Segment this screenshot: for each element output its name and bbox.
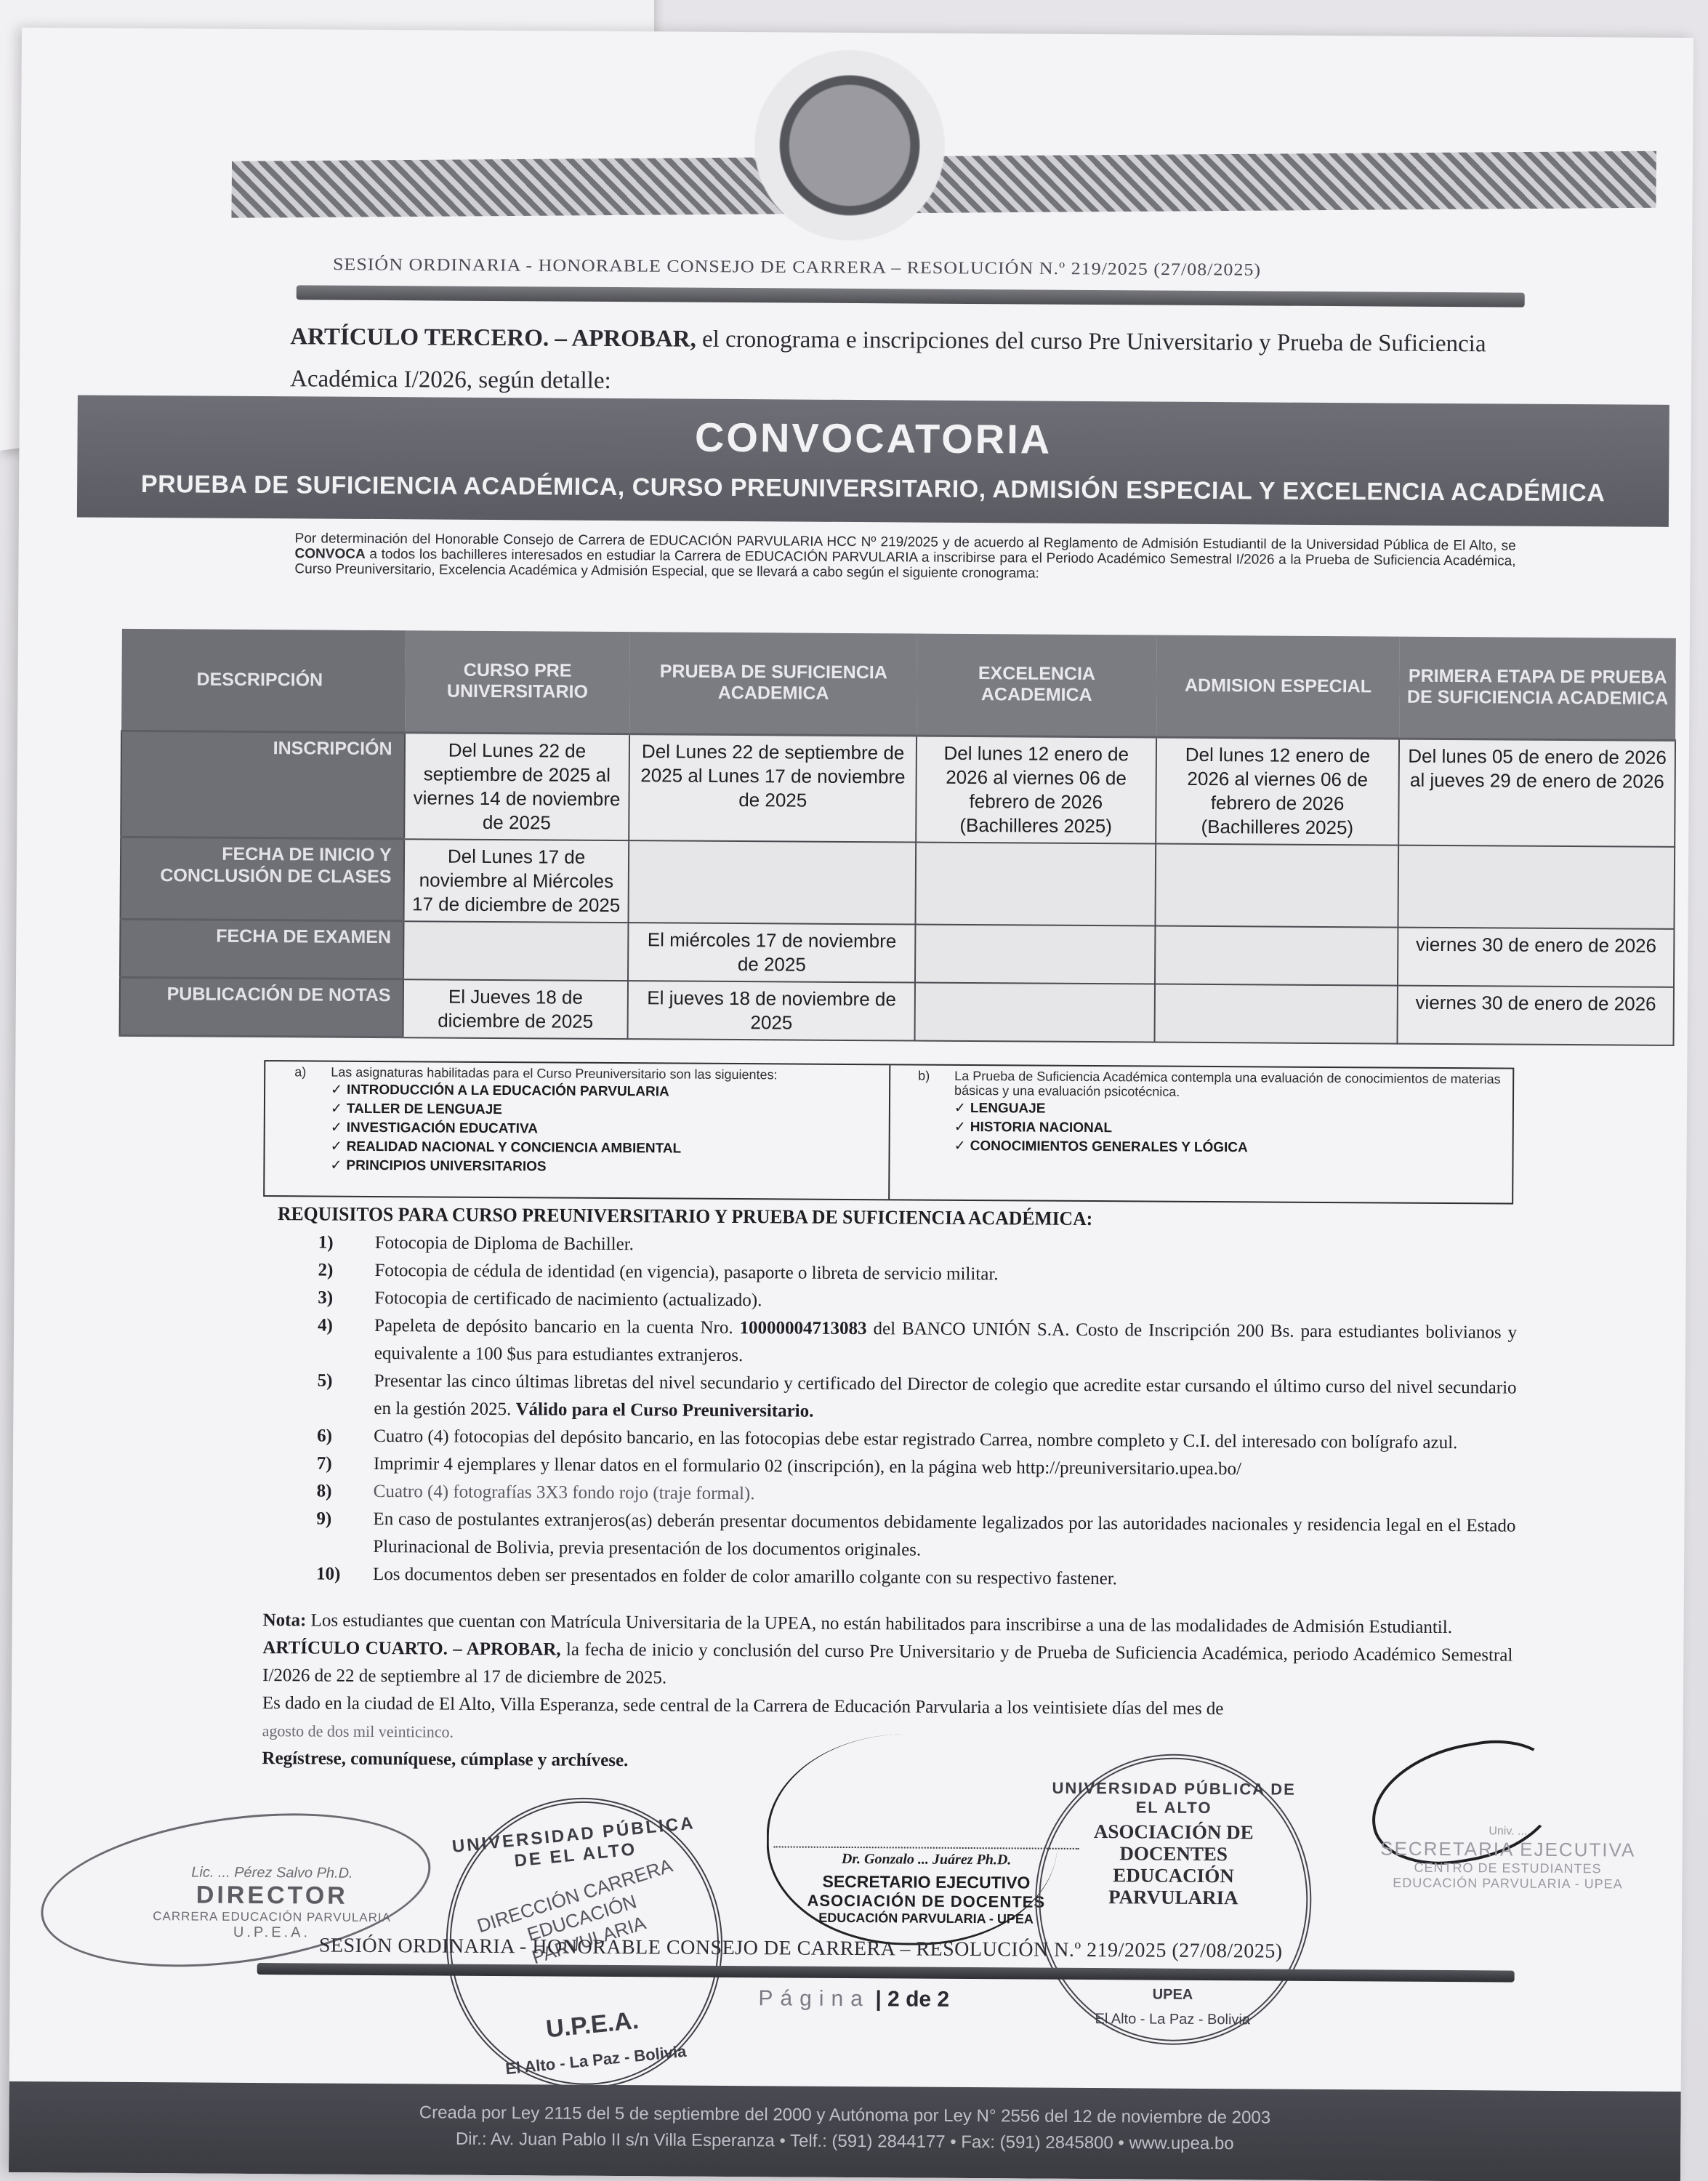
subjects-b-label: b) [918, 1069, 928, 1098]
requirements-list: 1)Fotocopia de Diploma de Bachiller.2)Fo… [316, 1229, 1518, 1596]
schedule-cell [1154, 984, 1398, 1043]
header-curso-pre: CURSO PRE UNIVERSITARIO [405, 630, 631, 734]
subjects-preuniversitario: a)Las asignaturas habilitadas para el Cu… [265, 1061, 889, 1199]
schedule-cell: El Jueves 18 de diciembre de 2025 [403, 979, 628, 1039]
nota-text: Los estudiantes que cuentan con Matrícul… [306, 1610, 1452, 1637]
requirement-number: 2) [318, 1257, 374, 1285]
requirement-text-main: Fotocopia de Diploma de Bachiller. [375, 1233, 634, 1254]
header-admision-especial: ADMISION ESPECIAL [1156, 635, 1401, 739]
subjects-b-list: ✓LENGUAJE✓HISTORIA NACIONAL✓CONOCIMIENTO… [918, 1099, 1505, 1160]
convocatoria-subtitle: PRUEBA DE SUFICIENCIA ACADÉMICA, CURSO P… [77, 470, 1669, 507]
schedule-row-label: FECHA DE EXAMEN [120, 919, 403, 979]
schedule-row: FECHA DE EXAMENEl miércoles 17 de noviem… [120, 919, 1674, 987]
nota-label: Nota: [263, 1610, 307, 1630]
check-icon: ✓ [294, 1080, 347, 1099]
requirement-item: 9)En caso de postulantes extranjeros(as)… [316, 1506, 1515, 1568]
schedule-cell: Del Lunes 22 de septiembre de 2025 al vi… [404, 732, 630, 840]
schedule-cell [1155, 925, 1398, 985]
secretario-org1: ASOCIACIÓN DE DOCENTES [773, 1891, 1079, 1912]
requirements-title: REQUISITOS PARA CURSO PREUNIVERSITARIO Y… [278, 1202, 1092, 1230]
subject-label: INVESTIGACIÓN EDUCATIVA [347, 1119, 538, 1139]
subjects-a-list: ✓INTRODUCCIÓN A LA EDUCACIÓN PARVULARIA✓… [294, 1080, 882, 1178]
requirement-number: 8) [317, 1478, 374, 1506]
requirement-text-bold: Válido para el Curso Preuniversitario. [515, 1399, 813, 1421]
intro-convoca: CONVOCA [295, 546, 366, 562]
subject-label: PRINCIPIOS UNIVERSITARIOS [346, 1157, 546, 1177]
stamp-asociacion-org: UPEA [1039, 1986, 1305, 2004]
header-rule [297, 285, 1525, 307]
schedule-row-label: INSCRIPCIÓN [121, 731, 405, 839]
requirement-number: 7) [317, 1450, 374, 1478]
stamp-asociacion-inner: ASOCIACIÓN DE DOCENTES EDUCACIÓN PARVULA… [1062, 1820, 1285, 1909]
secretaria-title: SECRETARIA EJECUTIVA [1355, 1837, 1661, 1862]
stamp-asociacion-place: El Alto - La Paz - Bolivia [1039, 2011, 1305, 2029]
requirement-text: En caso de postulantes extranjeros(as) d… [373, 1506, 1515, 1568]
convocatoria-banner: CONVOCATORIA PRUEBA DE SUFICIENCIA ACADÉ… [77, 395, 1669, 526]
schedule-cell: El miércoles 17 de noviembre de 2025 [628, 923, 915, 982]
subject-label: HISTORIA NACIONAL [970, 1118, 1112, 1138]
requirement-text-main: Cuatro (4) fotocopias del depósito banca… [374, 1426, 1457, 1453]
schedule-row-label: PUBLICACIÓN DE NOTAS [120, 977, 403, 1037]
articulo-tercero-lead: ARTÍCULO TERCERO. – APROBAR, [290, 324, 696, 352]
schedule-cell [1398, 845, 1675, 928]
intro-text-2: a todos los bachilleres interesados en e… [294, 547, 1515, 582]
subjects-b-intro: La Prueba de Suficiencia Académica conte… [954, 1069, 1505, 1101]
requirement-item: 4)Papeleta de depósito bancario en la cu… [318, 1312, 1517, 1375]
schedule-cell: Del Lunes 17 de noviembre al Miércoles 1… [403, 839, 629, 923]
schedule-cell: El jueves 18 de noviembre de 2025 [628, 981, 915, 1040]
schedule-cell [629, 840, 916, 924]
requirement-number: 1) [318, 1229, 375, 1257]
secretario-name: Dr. Gonzalo ... Juárez Ph.D. [774, 1846, 1079, 1869]
check-icon: ✓ [918, 1137, 970, 1156]
secretario-signature-block: Dr. Gonzalo ... Juárez Ph.D. SECRETARIO … [773, 1846, 1079, 1927]
secretaria-org2: EDUCACIÓN PARVULARIA - UPEA [1355, 1875, 1660, 1892]
check-icon: ✓ [294, 1137, 347, 1156]
director-unit: CARRERA EDUCACIÓN PARVULARIA [119, 1909, 424, 1926]
requirement-number: 3) [318, 1285, 374, 1312]
requirement-number: 10) [316, 1561, 373, 1588]
subject-label: CONOCIMIENTOS GENERALES Y LÓGICA [970, 1137, 1248, 1157]
schedule-cell: Del lunes 12 enero de 2026 al viernes 06… [1156, 737, 1400, 846]
requirement-number: 5) [317, 1367, 374, 1423]
requirement-text-main: Los documentos deben ser presentados en … [373, 1565, 1117, 1588]
articulo-tercero: ARTÍCULO TERCERO. – APROBAR, el cronogra… [290, 316, 1526, 407]
articulo-cuarto: ARTÍCULO CUARTO. – APROBAR, la fecha de … [262, 1634, 1512, 1698]
schedule-cell: viernes 30 de enero de 2026 [1398, 927, 1674, 987]
requirement-text-main: Papeleta de depósito bancario en la cuen… [374, 1316, 740, 1338]
check-icon: ✓ [918, 1118, 970, 1137]
requirement-text-main: Imprimir 4 ejemplares y llenar datos en … [374, 1454, 1241, 1479]
requirement-number: 6) [317, 1423, 374, 1450]
schedule-cell: Del Lunes 22 de septiembre de 2025 al Lu… [629, 734, 917, 842]
dado-date: agosto de dos mil veinticinco. [262, 1722, 454, 1741]
schedule-cell: viernes 30 de enero de 2026 [1398, 985, 1674, 1045]
secretaria-org1: CENTRO DE ESTUDIANTES [1355, 1860, 1661, 1877]
page-number: Página | 2 de 2 [758, 1986, 949, 2012]
header-primera-etapa: PRIMERA ETAPA DE PRUEBA DE SUFICIENCIA A… [1399, 637, 1675, 740]
subjects-box: a)Las asignaturas habilitadas para el Cu… [263, 1060, 1514, 1205]
schedule-table: DESCRIPCIÓN CURSO PRE UNIVERSITARIO PRUE… [119, 629, 1677, 1046]
director-name: Lic. ... Pérez Salvo Ph.D. [119, 1864, 424, 1883]
schedule-row: INSCRIPCIÓNDel Lunes 22 de septiembre de… [121, 731, 1675, 847]
schedule-cell [403, 921, 629, 981]
schedule-cell: Del lunes 05 de enero de 2026 al jueves … [1399, 739, 1676, 847]
header-excelencia: EXCELENCIA ACADEMICA [917, 634, 1157, 737]
requirement-item: 5)Presentar las cinco últimas libretas d… [317, 1367, 1516, 1430]
subject-label: TALLER DE LENGUAJE [347, 1100, 502, 1120]
subject-item: ✓PRINCIPIOS UNIVERSITARIOS [294, 1156, 881, 1178]
check-icon: ✓ [918, 1099, 970, 1118]
convocatoria-intro: Por determinación del Honorable Consejo … [294, 531, 1515, 584]
convocatoria-title: CONVOCATORIA [77, 395, 1669, 466]
check-icon: ✓ [294, 1099, 347, 1118]
header-prueba-suficiencia: PRUEBA DE SUFICIENCIA ACADEMICA [630, 632, 917, 735]
schedule-cell [1155, 843, 1398, 927]
requirement-text-bold: 10000004713083 [740, 1318, 867, 1338]
director-title: DIRECTOR [119, 1881, 424, 1911]
dado-text: Es dado en la ciudad de El Alto, Villa E… [262, 1693, 1224, 1719]
page-value: | 2 de 2 [875, 1987, 949, 2012]
director-signature-block: Lic. ... Pérez Salvo Ph.D. DIRECTOR CARR… [119, 1864, 425, 1943]
requirement-number: 9) [316, 1506, 373, 1561]
requirement-text-main: Cuatro (4) fotografías 3X3 fondo rojo (t… [374, 1482, 755, 1503]
header-descripcion: DESCRIPCIÓN [121, 629, 405, 732]
schedule-row: FECHA DE INICIO Y CONCLUSIÓN DE CLASESDe… [121, 837, 1675, 928]
check-icon: ✓ [294, 1156, 346, 1175]
subject-label: INTRODUCCIÓN A LA EDUCACIÓN PARVULARIA [347, 1081, 669, 1102]
subject-item: ✓CONOCIMIENTOS GENERALES Y LÓGICA [918, 1137, 1505, 1160]
requirement-text: Presentar las cinco últimas libretas del… [374, 1367, 1516, 1430]
schedule-cell [915, 924, 1155, 984]
schedule-header-row: DESCRIPCIÓN CURSO PRE UNIVERSITARIO PRUE… [121, 629, 1676, 740]
page-label: Página [758, 1986, 870, 2011]
requirement-text-main: En caso de postulantes extranjeros(as) d… [373, 1509, 1515, 1560]
requirement-text-main: Fotocopia de certificado de nacimiento (… [374, 1288, 762, 1310]
schedule-cell [915, 982, 1155, 1042]
schedule-cell [916, 842, 1156, 925]
schedule-row: PUBLICACIÓN DE NOTASEl Jueves 18 de dici… [120, 977, 1674, 1045]
requirement-number: 4) [318, 1312, 374, 1367]
schedule-row-label: FECHA DE INICIO Y CONCLUSIÓN DE CLASES [121, 837, 404, 920]
subjects-a-label: a) [294, 1064, 305, 1079]
asociacion-stamp-icon: UNIVERSIDAD PÚBLICA DE EL ALTO ASOCIACIÓ… [1034, 1754, 1312, 2046]
secretario-title: SECRETARIO EJECUTIVO [773, 1871, 1079, 1893]
requirement-text: Papeleta de depósito bancario en la cuen… [374, 1312, 1517, 1375]
footer-rule [257, 1963, 1515, 1983]
articulo-cuarto-lead: ARTÍCULO CUARTO. – APROBAR, [262, 1638, 560, 1660]
document-page: SESIÓN ORDINARIA - HONORABLE CONSEJO DE … [9, 28, 1693, 2181]
footer-bar: Creada por Ley 2115 del 5 de septiembre … [9, 2081, 1681, 2181]
secretario-org2: EDUCACIÓN PARVULARIA - UPEA [773, 1910, 1079, 1927]
university-emblem-icon [747, 47, 952, 266]
subjects-a-intro: Las asignaturas habilitadas para el Curs… [331, 1065, 777, 1083]
subject-label: LENGUAJE [970, 1099, 1046, 1119]
secretaria-signature-block: Univ. ... SECRETARIA EJECUTIVA CENTRO DE… [1355, 1824, 1661, 1892]
stamp-asociacion-ring: UNIVERSIDAD PÚBLICA DE EL ALTO [1041, 1779, 1307, 1818]
subjects-prueba: b)La Prueba de Suficiencia Académica con… [888, 1065, 1512, 1202]
session-header: SESIÓN ORDINARIA - HONORABLE CONSEJO DE … [333, 254, 1467, 281]
schedule-cell: Del lunes 12 enero de 2026 al viernes 06… [916, 736, 1156, 844]
subject-label: REALIDAD NACIONAL Y CONCIENCIA AMBIENTAL [347, 1138, 682, 1159]
requirement-text-main: Fotocopia de cédula de identidad (en vig… [374, 1261, 998, 1284]
check-icon: ✓ [294, 1118, 347, 1137]
